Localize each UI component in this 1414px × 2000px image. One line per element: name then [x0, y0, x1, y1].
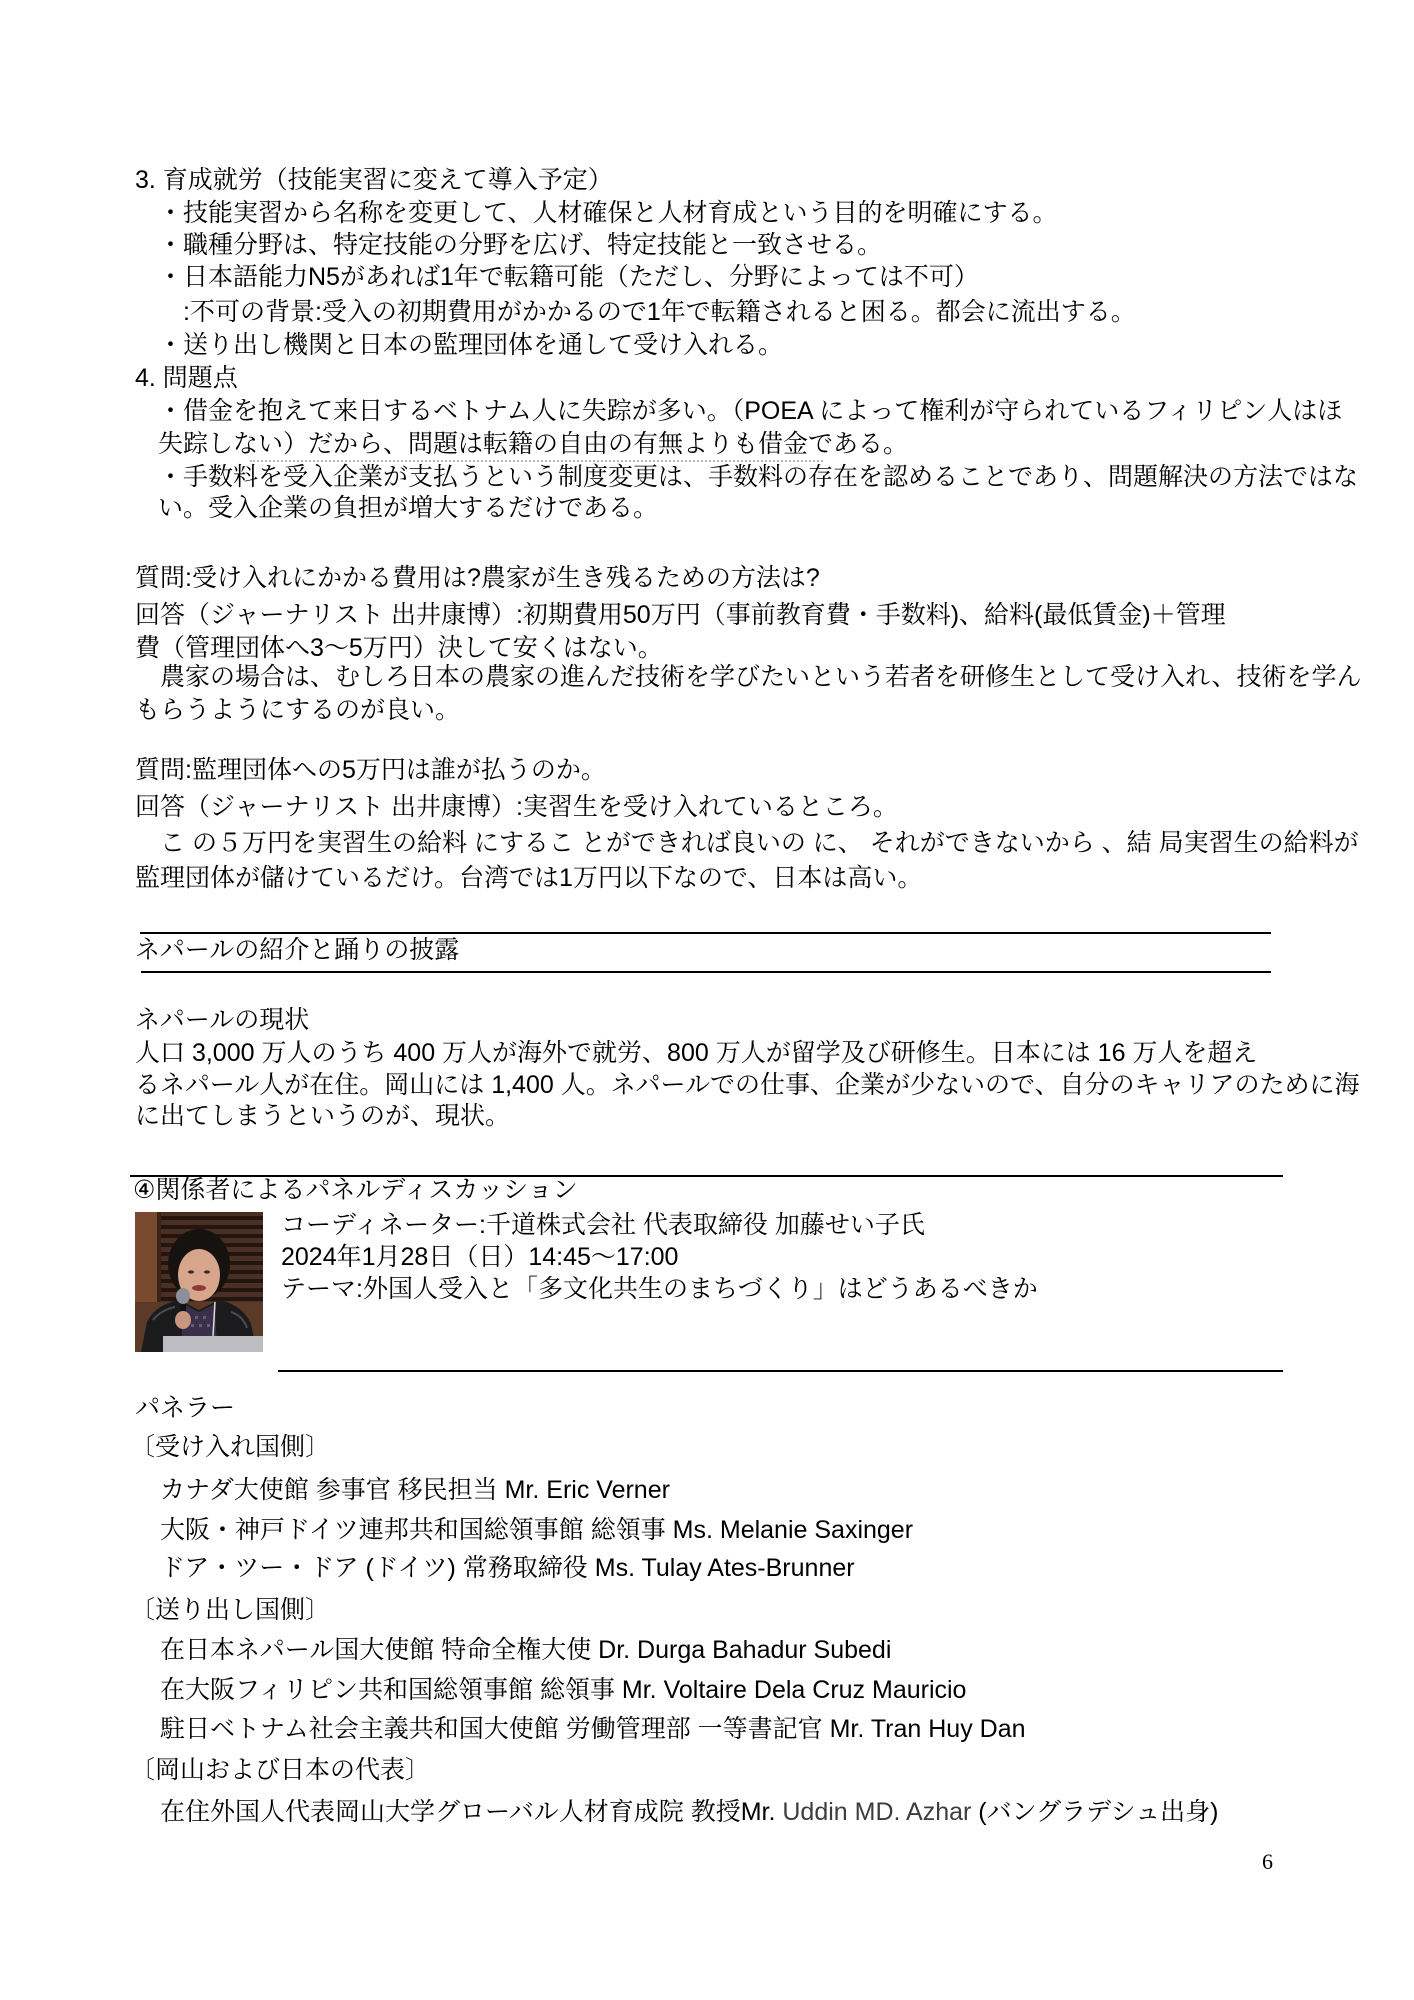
discussion-theme: テーマ:外国人受入と「多文化共生のまちづくり」はどうあるべきか: [281, 1272, 1038, 1306]
nepal-banner-title: ネパールの紹介と踊りの披露: [135, 933, 459, 967]
panelist-affiliation: 在住外国人代表岡山大学グローバル人材育成院 教授: [160, 1798, 741, 1826]
panelist-affiliation: 在日本ネパール国大使館 特命全権大使: [160, 1636, 591, 1664]
panelist-name: Mr. Eric Verner: [505, 1476, 670, 1504]
section-3-heading: 3. 育成就労（技能実習に変えて導入予定）: [135, 163, 613, 197]
group-label-receiving: 〔受け入れ国側〕: [130, 1430, 330, 1464]
nepal-line: 人口 3,000 万人のうち 400 万人が海外で就労、800 万人が留学及び研…: [135, 1036, 1257, 1070]
group-label-okayama-japan: 〔岡山および日本の代表〕: [130, 1753, 430, 1787]
panelist-name: Ms. Melanie Saxinger: [673, 1516, 913, 1544]
section-3-item: ・技能実習から名称を変更して、人材確保と人材育成という目的を明確にする。: [158, 196, 1058, 230]
nepal-line: に出てしまうというのが、現状。: [135, 1099, 510, 1133]
qa-answer-line: 回答（ジャーナリスト 出井康博）:実習生を受け入れているところ。: [135, 790, 898, 824]
qa-answer-line: 回答（ジャーナリスト 出井康博）:初期費用50万円（事前教育費・手数料)、給料(…: [135, 598, 1226, 632]
group-label-sending: 〔送り出し国側〕: [130, 1593, 330, 1627]
nepal-subheading: ネパールの現状: [135, 1003, 309, 1037]
page-number: 6: [1262, 1848, 1273, 1876]
section-3-item: ・送り出し機関と日本の監理団体を通して受け入れる。: [158, 328, 783, 362]
coordinator-portrait-image: [135, 1212, 263, 1352]
panelist-affiliation: 駐日ベトナム社会主義共和国大使館 労働管理部 一等書記官: [160, 1715, 823, 1743]
panelist-entry: ドア・ツー・ドア (ドイツ) 常務取締役 Ms. Tulay Ates-Brun…: [160, 1551, 855, 1585]
panelists-label: パネラー: [135, 1391, 235, 1425]
panelist-honorific: Mr.: [741, 1798, 776, 1826]
qa-answer-line: こ の５万円を実習生の給料 にするこ とができれば良いの に、 それができないか…: [135, 826, 1359, 860]
panelist-affiliation: カナダ大使館 参事官 移民担当: [160, 1476, 498, 1504]
section-4-line: い。受入企業の負担が増大するだけである。: [158, 491, 658, 525]
coordinator-photo: [135, 1212, 263, 1352]
nepal-line: るネパール人が在住。岡山には 1,400 人。ネパールでの仕事、企業が少ないので…: [135, 1068, 1359, 1102]
qa-answer-line: もらうようにするのが良い。: [135, 693, 460, 727]
panelist-name: Dr. Durga Bahadur Subedi: [598, 1636, 891, 1664]
coordinator-line: コーディネーター:千道株式会社 代表取締役 加藤せい子氏: [281, 1208, 925, 1242]
section-3-note: :不可の背景:受入の初期費用がかかるので1年で転籍されると困る。都会に流出する。: [183, 295, 1136, 329]
section-3-item: ・日本語能力N5があれば1年で転籍可能（ただし、分野によっては不可）: [158, 260, 979, 294]
section-4-line: 失踪しない）だから、問題は転籍の自由の有無よりも借金である。: [158, 427, 908, 461]
panelist-affiliation: ドア・ツー・ドア (ドイツ) 常務取締役: [160, 1554, 588, 1582]
section-3-item: ・職種分野は、特定技能の分野を広げ、特定技能と一致させる。: [158, 228, 882, 262]
qa-question: 質問:受け入れにかかる費用は?農家が生き残るための方法は?: [135, 561, 820, 595]
panelist-affiliation: 大阪・神戸ドイツ連邦共和国総領事館 総領事: [160, 1516, 666, 1544]
qa-question: 質問:監理団体への5万円は誰が払うのか。: [135, 753, 606, 787]
panelist-name: Uddin MD. Azhar: [782, 1798, 971, 1826]
panelist-entry: 在日本ネパール国大使館 特命全権大使 Dr. Durga Bahadur Sub…: [160, 1633, 891, 1667]
panelist-name: Ms. Tulay Ates-Brunner: [595, 1554, 855, 1582]
panelist-name: Mr. Voltaire Dela Cruz Mauricio: [622, 1676, 967, 1704]
panelist-entry: 駐日ベトナム社会主義共和国大使館 労働管理部 一等書記官 Mr. Tran Hu…: [160, 1712, 1026, 1746]
panelist-origin: (バングラデシュ出身): [978, 1798, 1218, 1826]
horizontal-rule: [141, 971, 1271, 973]
section-4-heading: 4. 問題点: [135, 361, 238, 395]
panelist-affiliation: 在大阪フィリピン共和国総領事館 総領事: [160, 1676, 615, 1704]
document-page: 3. 育成就労（技能実習に変えて導入予定） ・技能実習から名称を変更して、人材確…: [0, 0, 1414, 2000]
panelist-entry: カナダ大使館 参事官 移民担当 Mr. Eric Verner: [160, 1473, 670, 1507]
event-datetime: 2024年1月28日（日）14:45〜17:00: [281, 1240, 678, 1274]
panelist-entry: 在住外国人代表岡山大学グローバル人材育成院 教授Mr. Uddin MD. Az…: [160, 1795, 1218, 1829]
panelist-name: Mr. Tran Huy Dan: [830, 1715, 1026, 1743]
panelist-entry: 在大阪フィリピン共和国総領事館 総領事 Mr. Voltaire Dela Cr…: [160, 1673, 966, 1707]
panelist-entry: 大阪・神戸ドイツ連邦共和国総領事館 総領事 Ms. Melanie Saxing…: [160, 1513, 913, 1547]
section-4-line: ・借金を抱えて来日するベトナム人に失踪が多い。（POEA によって権利が守られて…: [158, 394, 1342, 428]
section-4-line: ・手数料を受入企業が支払うという制度変更は、手数料の存在を認めることであり、問題…: [158, 460, 1358, 494]
horizontal-rule: [278, 1370, 1283, 1372]
qa-answer-line: 農家の場合は、むしろ日本の農家の進んだ技術を学びたいという若者を研修生として受け…: [135, 660, 1362, 694]
qa-answer-line: 監理団体が儲けているだけ。台湾では1万円以下なので、日本は高い。: [135, 861, 922, 895]
panel-heading: ④関係者によるパネルディスカッション: [133, 1173, 578, 1207]
